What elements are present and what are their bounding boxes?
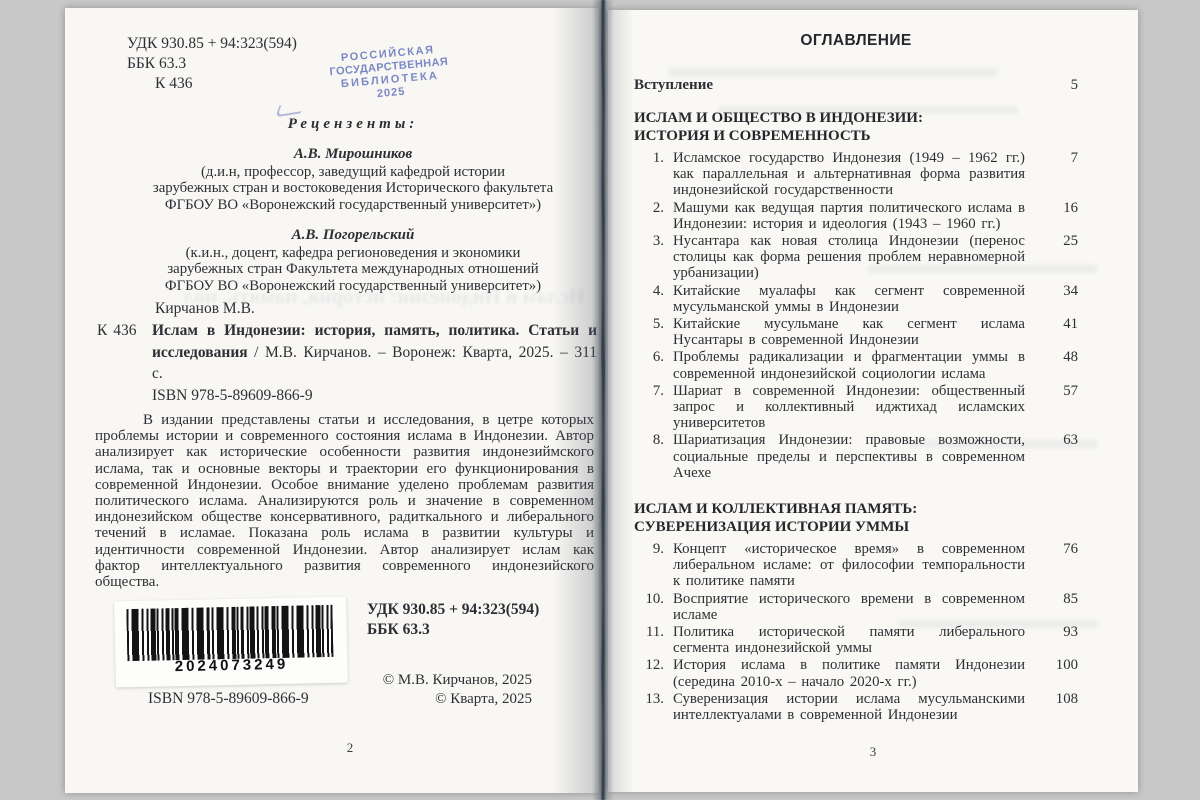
toc-entry-page: 5	[1071, 77, 1078, 94]
reviewer-description: (к.и.н., доцент, кафедра регионоведения …	[103, 245, 603, 294]
author-name: Кирчанов М.В.	[155, 300, 255, 318]
toc-entry: 9. Концепт «историческое время» в соврем…	[634, 541, 1078, 590]
library-stamp: РОССИЙСКАЯ ГОСУДАРСТВЕННАЯ БИБЛИОТЕКА 20…	[295, 40, 484, 108]
toc-entry: 3. Нусантара как новая столица Индонезии…	[634, 233, 1078, 282]
toc-entry-number: 6.	[634, 349, 664, 381]
toc-entry-number: 2.	[634, 200, 664, 232]
table-of-contents: ОГЛАВЛЕНИЕ Вступление 5 ИСЛАМ И ОБЩЕСТВО…	[634, 32, 1078, 742]
annotation-paragraph: В издании представлены статьи и исследов…	[95, 412, 594, 590]
bibliographic-codes-bottom: УДК 930.85 + 94:323(594) ББК 63.3	[367, 600, 539, 640]
toc-entry-page: 7	[1034, 150, 1078, 199]
reviewer-description: (д.и.н, профессор, заведущий кафедрой ис…	[103, 164, 603, 213]
toc-section: ИСЛАМ И ОБЩЕСТВО В ИНДОНЕЗИИ: ИСТОРИЯ И …	[634, 109, 1078, 481]
toc-entry-title: Машуми как ведущая партия политического …	[673, 200, 1025, 232]
toc-entry-page: 63	[1034, 432, 1078, 481]
reviewer-block: А.В. Погорельский (к.и.н., доцент, кафед…	[103, 227, 603, 294]
udk-code-bottom: УДК 930.85 + 94:323(594)	[367, 600, 539, 620]
toc-entry-number: 9.	[634, 541, 664, 590]
barcode-icon	[126, 605, 333, 661]
toc-entry: 4. Китайские муалафы как сегмент совреме…	[634, 283, 1078, 315]
toc-entry-number: 5.	[634, 316, 664, 348]
toc-entry-title: Суверенизация истории ислама мусульманск…	[673, 691, 1025, 723]
toc-entry: 2. Машуми как ведущая партия политическо…	[634, 200, 1078, 232]
toc-entry-page: 16	[1034, 200, 1078, 232]
toc-entry-page: 41	[1034, 316, 1078, 348]
toc-entry-number: 4.	[634, 283, 664, 315]
copyright-block: © М.В. Кирчанов, 2025 © Кварта, 2025	[383, 671, 532, 708]
toc-section-heading: ИСЛАМ И КОЛЛЕКТИВНАЯ ПАМЯТЬ: СУВЕРЕНИЗАЦ…	[634, 500, 1078, 536]
toc-entry-page: 34	[1034, 283, 1078, 315]
toc-entry: 10. Восприятие исторического времени в с…	[634, 591, 1078, 623]
toc-section: ИСЛАМ И КОЛЛЕКТИВНАЯ ПАМЯТЬ: СУВЕРЕНИЗАЦ…	[634, 500, 1078, 723]
toc-entry-page: 48	[1034, 349, 1078, 381]
toc-entry-number: 1.	[634, 150, 664, 199]
toc-entry-number: 13.	[634, 691, 664, 723]
toc-entry-page: 100	[1034, 657, 1078, 689]
table-of-contents-page: ОГЛАВЛЕНИЕ Вступление 5 ИСЛАМ И ОБЩЕСТВО…	[608, 10, 1138, 792]
imprint-page: УДК 930.85 + 94:323(594) ББК 63.3 К 436 …	[65, 8, 599, 793]
toc-entry-title: Шариат в современной Индонезии: обществе…	[673, 383, 1025, 432]
toc-entry: 12. История ислама в политике памяти Инд…	[634, 657, 1078, 689]
toc-entry-title: Концепт «историческое время» в современн…	[673, 541, 1025, 590]
book-scan: УДК 930.85 + 94:323(594) ББК 63.3 К 436 …	[0, 0, 1200, 800]
toc-entry-intro: Вступление 5	[634, 77, 1078, 94]
toc-entry: 7. Шариат в современной Индонезии: общес…	[634, 383, 1078, 432]
isbn-catalog: ISBN 978-5-89609-866-9	[152, 385, 597, 407]
toc-entry-page: 57	[1034, 383, 1078, 432]
catalog-code: К 436	[127, 74, 297, 94]
bbk-code: ББК 63.3	[127, 54, 297, 74]
copyright-author: © М.В. Кирчанов, 2025	[383, 671, 532, 690]
toc-entry: 8. Шариатизация Индонезии: правовые возм…	[634, 432, 1078, 481]
toc-entry-number: 8.	[634, 432, 664, 481]
toc-entry-number: 3.	[634, 233, 664, 282]
reviewer-name: А.В. Погорельский	[103, 227, 603, 244]
reviewer-block: А.В. Мирошников (д.и.н, профессор, завед…	[103, 146, 603, 213]
toc-entry-page: 85	[1034, 591, 1078, 623]
toc-entry: 5. Китайские мусульмане как сегмент исла…	[634, 316, 1078, 348]
toc-entry-title: Исламское государство Индонезия (1949 – …	[673, 150, 1025, 199]
toc-entry: 1. Исламское государство Индонезия (1949…	[634, 150, 1078, 199]
catalog-entry-code: К 436	[97, 320, 136, 342]
bbk-code-bottom: ББК 63.3	[367, 620, 539, 640]
reviewer-name: А.В. Мирошников	[103, 146, 603, 163]
barcode-number: 2024073249	[115, 655, 347, 677]
toc-entry-title: Нусантара как новая столица Индонезии (п…	[673, 233, 1025, 282]
toc-entry-title: Китайские мусульмане как сегмент ислама …	[673, 316, 1025, 348]
toc-entry-label: Вступление	[634, 77, 713, 94]
toc-entry-number: 10.	[634, 591, 664, 623]
toc-entry-page: 93	[1034, 624, 1078, 656]
toc-entry-title: Политика исторической памяти либеральног…	[673, 624, 1025, 656]
toc-entry-title: Китайские муалафы как сегмент современно…	[673, 283, 1025, 315]
toc-entry-page: 25	[1034, 233, 1078, 282]
page-number-left: 2	[101, 740, 599, 756]
toc-entry-page: 108	[1034, 691, 1078, 723]
toc-entry-title: Проблемы радикализации и фрагментации ум…	[673, 349, 1025, 381]
bibliographic-codes-top: УДК 930.85 + 94:323(594) ББК 63.3 К 436	[127, 34, 297, 94]
page-number-right: 3	[608, 744, 1138, 760]
toc-entry-page: 76	[1034, 541, 1078, 590]
catalog-entry: К 436 Ислам в Индонезии: история, память…	[95, 320, 597, 406]
toc-entry: 6. Проблемы радикализации и фрагментации…	[634, 349, 1078, 381]
toc-entry-title: Восприятие исторического времени в совре…	[673, 591, 1025, 623]
toc-entry-number: 12.	[634, 657, 664, 689]
isbn-bottom: ISBN 978-5-89609-866-9	[148, 690, 309, 708]
reviewers-heading: Рецензенты:	[103, 116, 603, 133]
toc-entry-title: История ислама в политике памяти Индонез…	[673, 657, 1025, 689]
toc-entry-number: 7.	[634, 383, 664, 432]
toc-title: ОГЛАВЛЕНИЕ	[634, 32, 1078, 50]
udk-code: УДК 930.85 + 94:323(594)	[127, 34, 297, 54]
toc-entry-number: 11.	[634, 624, 664, 656]
toc-entry: 11. Политика исторической памяти либерал…	[634, 624, 1078, 656]
copyright-publisher: © Кварта, 2025	[383, 690, 532, 709]
barcode-sticker: 2024073249	[114, 597, 348, 688]
toc-entry-title: Шариатизация Индонезии: правовые возможн…	[673, 432, 1025, 481]
toc-section-heading: ИСЛАМ И ОБЩЕСТВО В ИНДОНЕЗИИ: ИСТОРИЯ И …	[634, 109, 1078, 145]
toc-entry: 13. Суверенизация истории ислама мусульм…	[634, 691, 1078, 723]
